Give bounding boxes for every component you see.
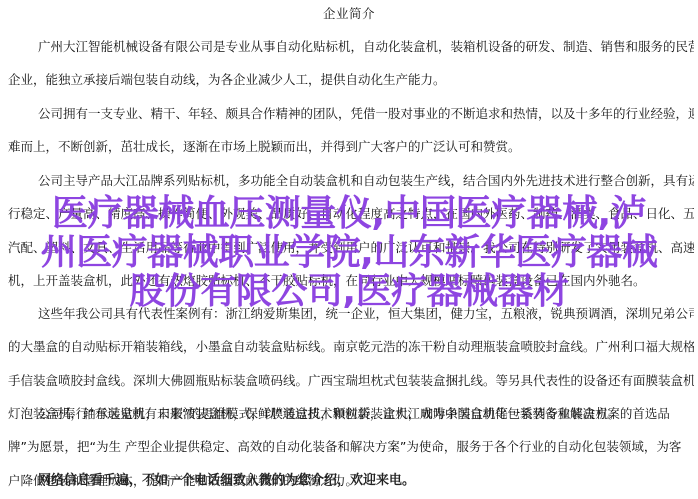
text-line: 机，上开盖装盒机，此外还有热熔胶贴标机、不干胶贴标机，在同行业中大规模贴标喷码装… [8,264,694,297]
text-line: 广州大江智能机械设备有限公司是专业从事自动化贴标机，自动化装盒机，装箱机设备的研… [8,30,694,63]
paragraph-intro: 广州大江智能机械设备有限公司是专业从事自动化贴标机，自动化装盒机，装箱机设备的研… [8,30,694,97]
text-line: 企业，能独立承接后端包装自动线，为各企业减少人工，提供自动化生产能力。 [8,63,694,96]
page-title: 企业简介 [0,5,698,23]
text-line: 公司主导产品大江品牌系列贴标机，多功能全自动装盒机和自动包装生产线，结合国内外先… [8,164,694,197]
text-line: 手信装盒喷胶封盒线。深圳大佛圆瓶贴标装盒喷码线。广西宝瑞坦枕式包装装盒捆扎线。等… [8,364,694,397]
closing-call-to-action: 网络信息看千遍，不如一个电话细致入微的为您介绍，欢迎来电。 [8,464,694,497]
paragraph-team: 公司拥有一支专业、精干、年轻、颇具合作精神的团队，凭借一股对事业的不断追求和热情… [8,97,694,164]
text-line: 的大墨盒的自动贴标开箱装箱线，小墨盒自动装盒贴标线。南京乾元浩的冻干粉自动理瓶装… [8,330,694,363]
text-line: 公司拥有一支专业、精干、年轻、颇具合作精神的团队，凭借一股对事业的不断追求和热情… [8,97,694,130]
text-line: 汽配、塑料、文具、生活用品等行业中得到广泛使用，并受到用户的广泛认可和推崇。我公… [8,231,694,264]
text-line: 这些年我公司具有代表性案例有：浙江纳爱斯集团，统一企业，恒大集团，健力宝，五粮液… [8,297,694,330]
text-line: 公司奉行“有远见就有未来”的思维模式，以“通过技术和创新，让大江成为中国自动化包… [8,397,694,430]
text-line: 牌”为愿景，把“为生 产型企业提供稳定、高效的自动化装备和解决方案”为使命，服务… [8,430,694,463]
text-line: 行稳定、产量高、精度高、操作简便、外观美、品质好、自动化程度高之特点，在国内外医… [8,197,694,230]
paragraph-products: 公司主导产品大江品牌系列贴标机，多功能全自动装盒机和自动包装生产线，结合国内外先… [8,164,694,297]
text-line: 难而上，不断创新，茁壮成长，逐渐在市场上脱颖而出，并得到广大客户的广泛认可和赞赏… [8,130,694,163]
text-line: 网络信息看千遍，不如一个电话细致入微的为您介绍，欢迎来电。 [8,464,694,497]
